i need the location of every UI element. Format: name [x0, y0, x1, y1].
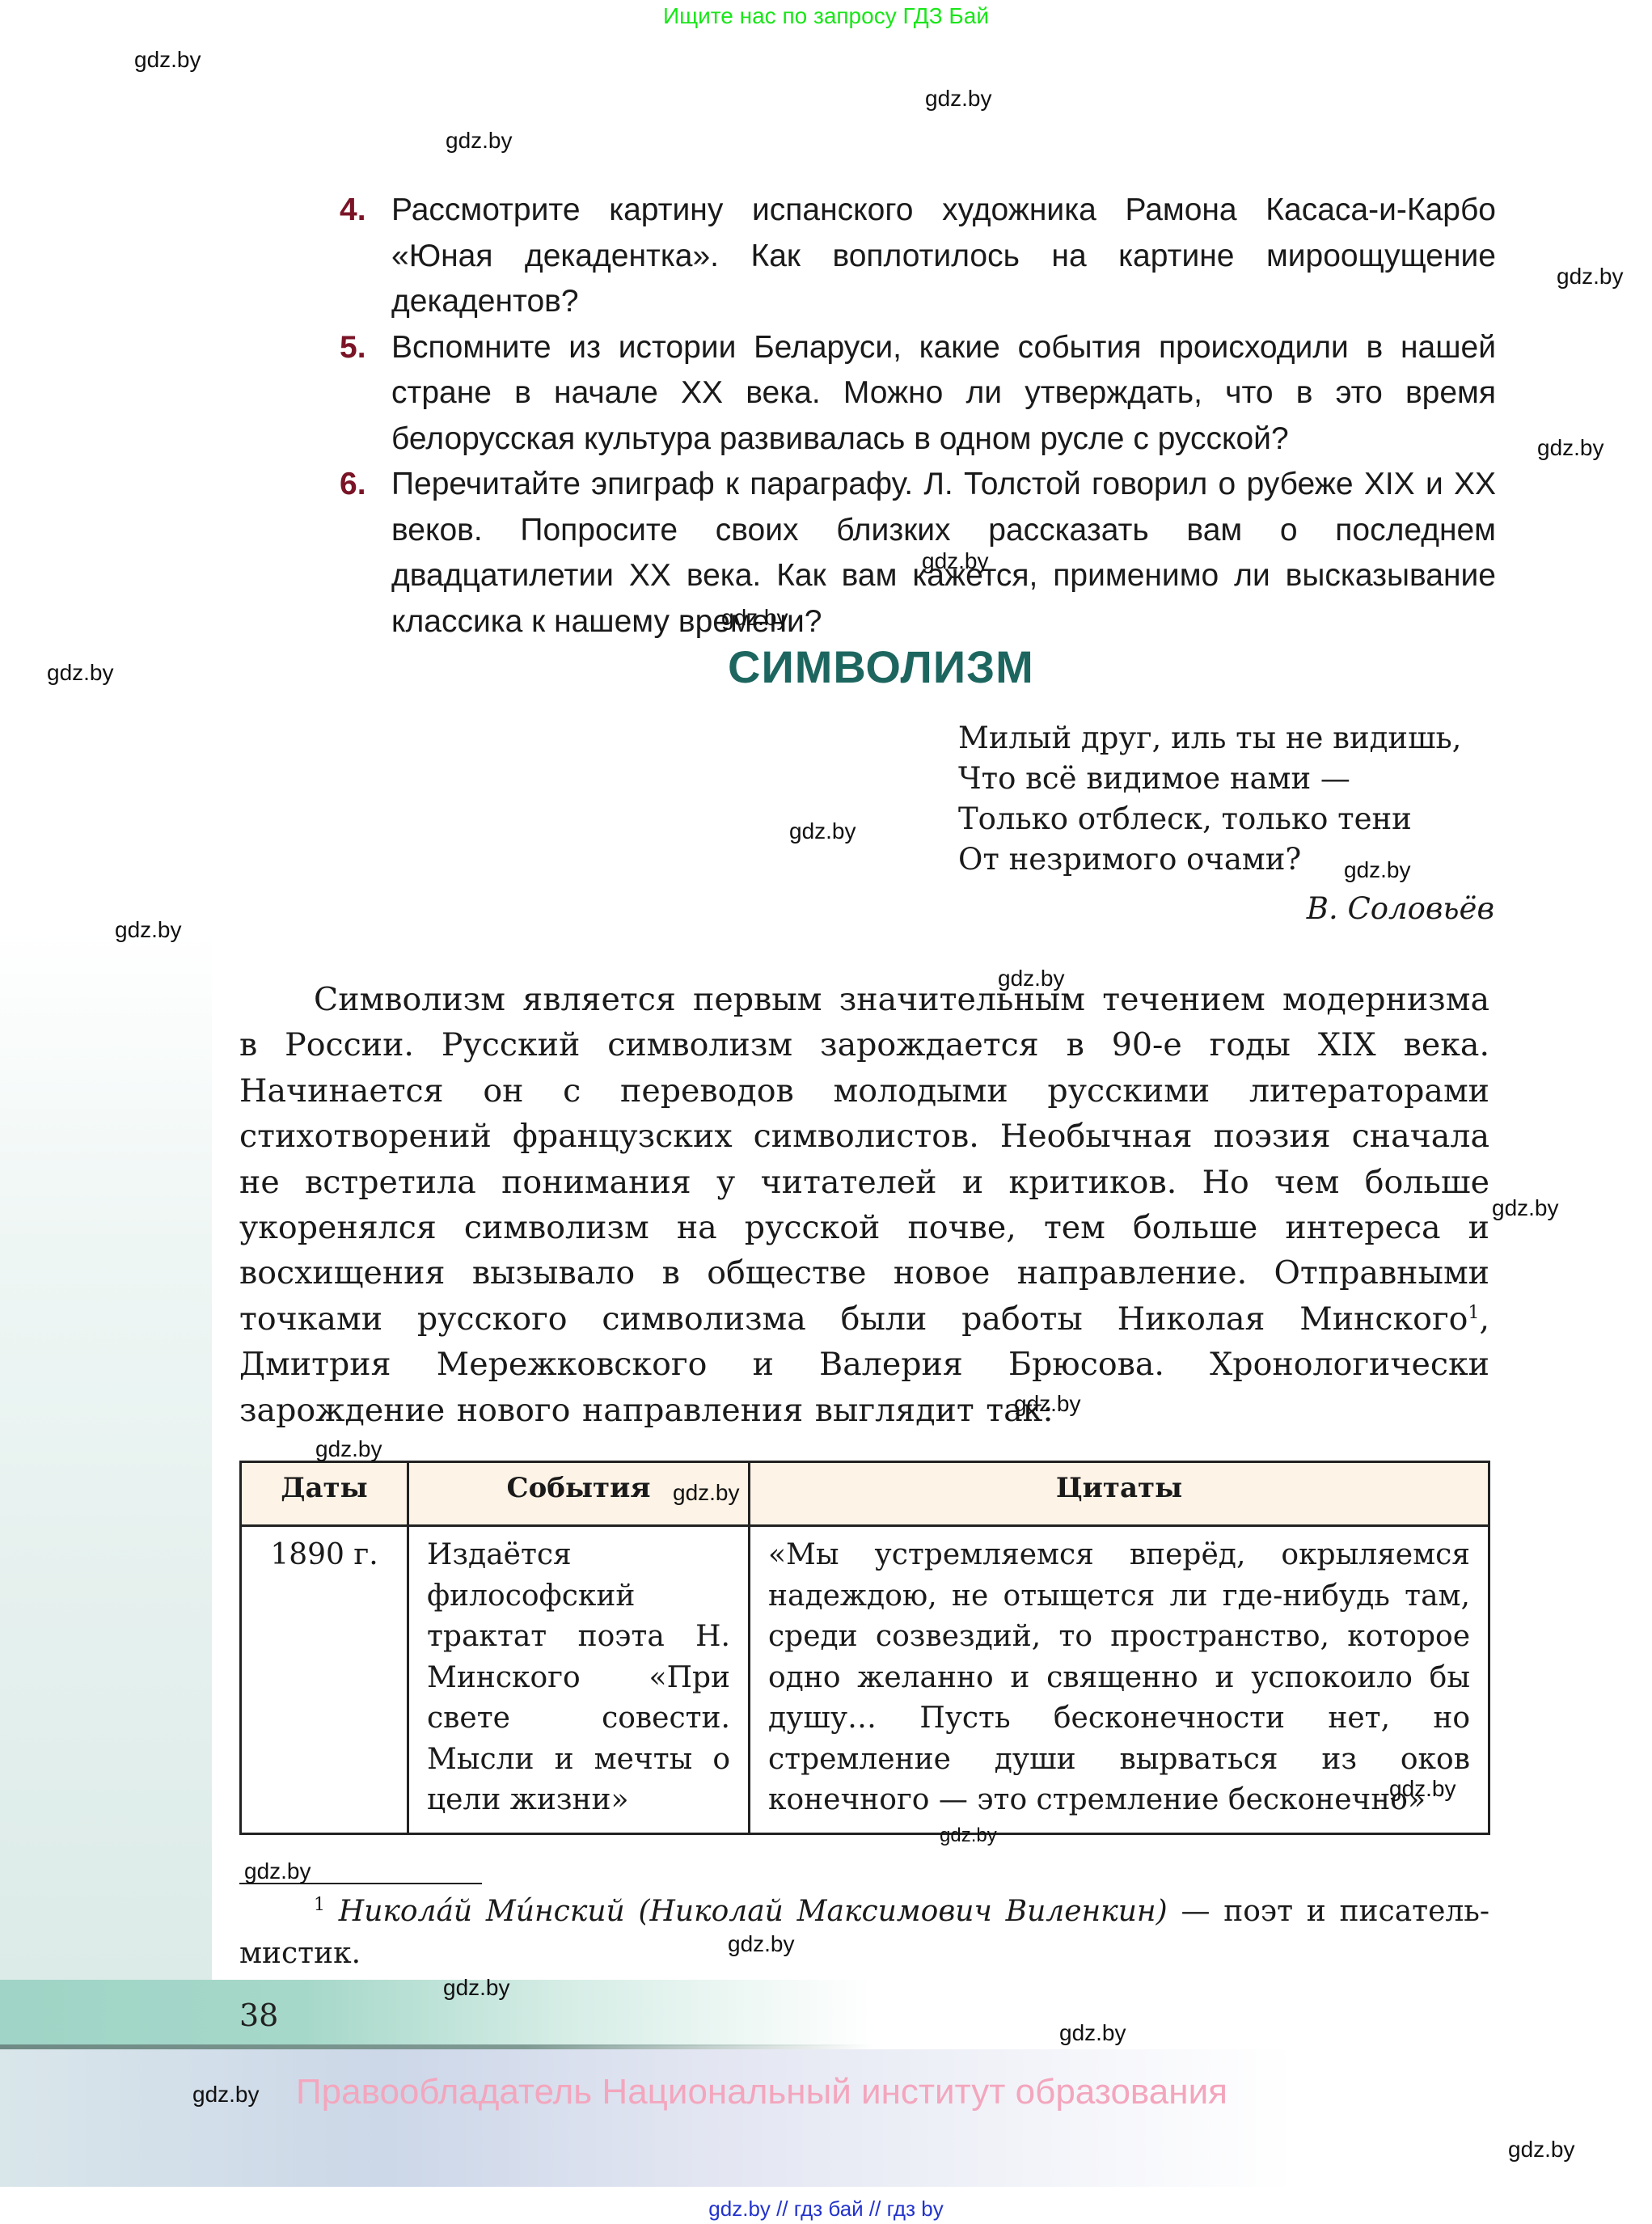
watermark: gdz.by	[446, 128, 513, 154]
bottom-links[interactable]: gdz.by // гдз бай // гдз by	[0, 2197, 1652, 2222]
top-banner[interactable]: Ищите нас по запросу ГДЗ Бай	[0, 3, 1652, 29]
footnote-name: Никола́й Ми́нский (Николай Максимович Ви…	[339, 1895, 1168, 1928]
watermark: gdz.by	[721, 605, 788, 631]
watermark: gdz.by	[1492, 1195, 1559, 1221]
footnote: 1 Никола́й Ми́нский (Николай Максимович …	[239, 1891, 1489, 1975]
watermark: gdz.by	[728, 1931, 795, 1957]
cell-date: 1890 г.	[241, 1526, 408, 1834]
watermark: gdz.by	[1508, 2137, 1575, 2163]
epigraph-line: Милый друг, иль ты не видишь,	[958, 718, 1492, 759]
question-item: 5. Вспомните из истории Беларуси, какие …	[340, 325, 1496, 463]
cell-quote: «Мы устремляемся вперёд, окрыляемся наде…	[750, 1526, 1489, 1834]
epigraph-line: Что всё видимое нами —	[958, 759, 1492, 799]
column-header-quotes: Цитаты	[750, 1462, 1489, 1526]
column-header-dates: Даты	[241, 1462, 408, 1526]
table-row: 1890 г. Издаётся философский трактат поэ…	[241, 1526, 1489, 1834]
watermark: gdz.by	[315, 1436, 382, 1462]
watermark: gdz.by	[925, 86, 992, 112]
footer-rule	[0, 2044, 873, 2049]
watermark: gdz.by	[443, 1975, 510, 2001]
question-text: Рассмотрите картину испанского художника…	[391, 192, 1496, 319]
watermark: gdz.by	[115, 917, 182, 943]
section-title: СИМВОЛИЗМ	[728, 641, 1034, 693]
epigraph: Милый друг, иль ты не видишь, Что всё ви…	[958, 718, 1492, 880]
watermark: gdz.by	[789, 818, 856, 844]
left-margin-decoration	[0, 930, 212, 1981]
watermark: gdz.by	[1014, 1391, 1081, 1417]
watermark: gdz.by	[998, 966, 1065, 991]
body-paragraph: Символизм является первым значительным т…	[239, 977, 1489, 1433]
epigraph-author: В. Соловьёв	[1307, 891, 1494, 926]
cell-event: Издаётся философский трактат поэта Н. Ми…	[408, 1526, 750, 1834]
watermark: gdz.by	[192, 2082, 260, 2108]
body-text-part: Символизм является первым значительным т…	[239, 981, 1489, 1338]
epigraph-line: От незримого очами?	[958, 839, 1492, 880]
watermark: gdz.by	[134, 47, 201, 73]
footer-lower-decoration	[0, 2049, 1294, 2187]
question-item: 4. Рассмотрите картину испанского художн…	[340, 188, 1496, 325]
watermark: gdz.by	[1059, 2020, 1126, 2046]
watermark: gdz.by	[1389, 1776, 1456, 1802]
question-item: 6. Перечитайте эпиграф к параграфу. Л. Т…	[340, 462, 1496, 645]
question-number: 5.	[340, 325, 366, 371]
footer-band	[0, 1980, 873, 2046]
footnote-marker: 1	[314, 1895, 325, 1915]
watermark: gdz.by	[1344, 857, 1411, 883]
watermark: gdz.by	[1537, 435, 1604, 461]
copyright-notice: Правообладатель Национальный институт об…	[296, 2072, 1227, 2112]
watermark: gdz.by	[940, 1824, 997, 1847]
watermark: gdz.by	[244, 1858, 311, 1884]
watermark: gdz.by	[922, 548, 989, 574]
footnote-reference[interactable]: 1	[1468, 1303, 1479, 1323]
epigraph-line: Только отблеск, только тени	[958, 799, 1492, 839]
table-header-row: Даты События Цитаты	[241, 1462, 1489, 1526]
question-number: 6.	[340, 462, 366, 508]
page-number: 38	[239, 1998, 278, 2033]
watermark: gdz.by	[47, 660, 114, 686]
chronology-table: Даты События Цитаты 1890 г. Издаётся фил…	[239, 1461, 1490, 1835]
watermark: gdz.by	[1557, 264, 1624, 290]
watermark: gdz.by	[673, 1480, 740, 1506]
questions-list: 4. Рассмотрите картину испанского художн…	[340, 188, 1496, 645]
question-number: 4.	[340, 188, 366, 234]
question-text: Вспомните из истории Беларуси, какие соб…	[391, 330, 1496, 456]
